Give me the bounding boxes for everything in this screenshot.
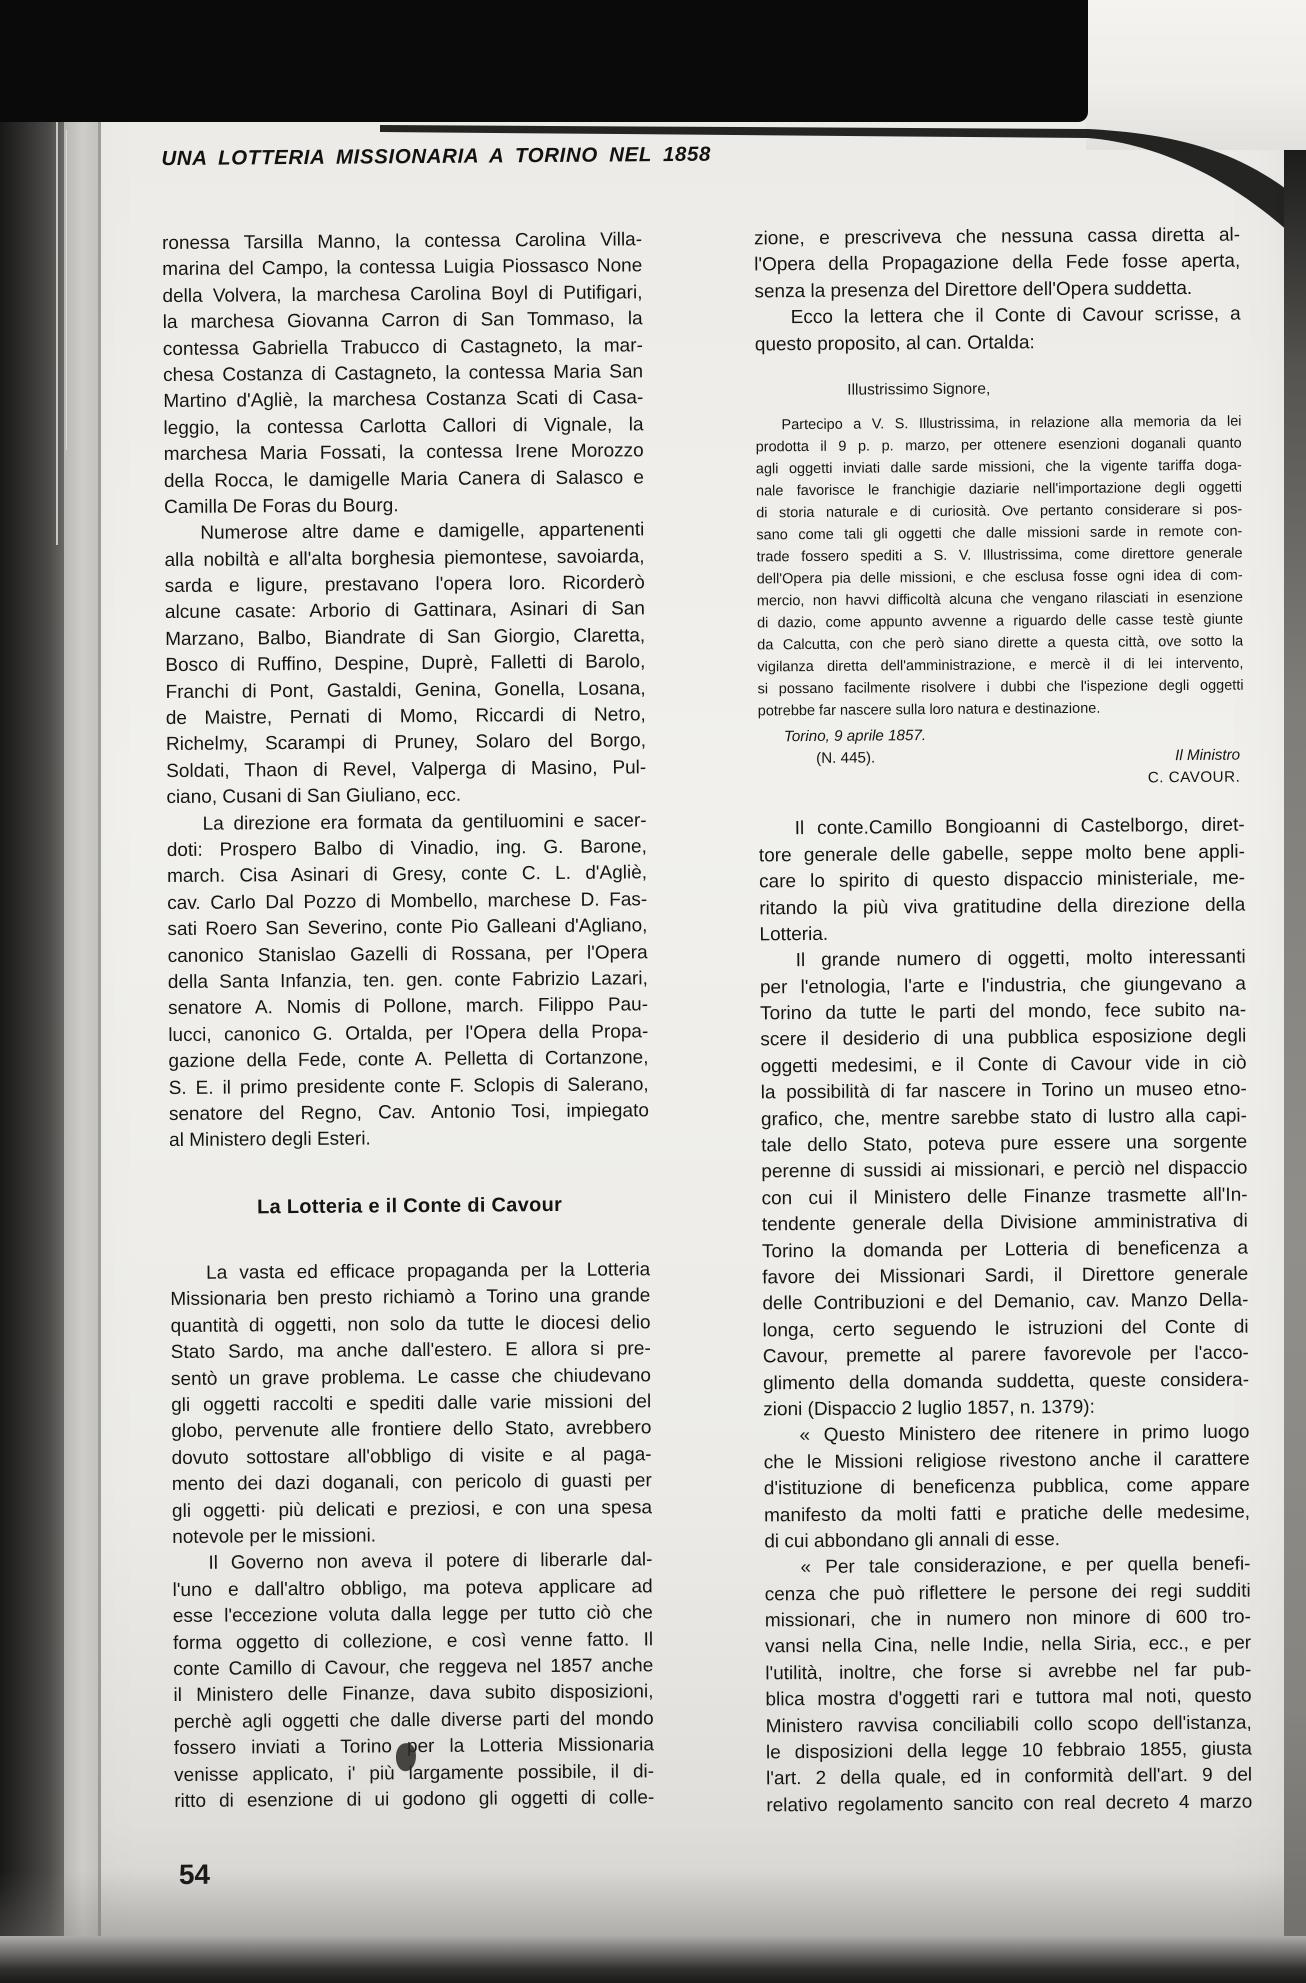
text-line: globo, pervenute alle frontiere dello St…	[171, 1416, 651, 1446]
text-line: si possano facilmente risolvere i dubbi …	[757, 675, 1243, 701]
text-line: d'istituzione di beneficenza pubblica, c…	[764, 1473, 1250, 1503]
text-line: de Maistre, Pernati di Momo, Riccardi di…	[166, 702, 646, 732]
text-line: « Per tale considerazione, e per quella …	[764, 1552, 1250, 1582]
text-line: della Volvera, la marchesa Carolina Boyl…	[162, 280, 642, 310]
text-line: marchesa Maria Fossati, la contessa Iren…	[164, 438, 644, 468]
text-line: per l'etnologia, l'arte e l'industria, c…	[760, 971, 1246, 1001]
text-line: il Ministero delle Finanze, dava subito …	[173, 1680, 653, 1710]
text-line: notevole per le missioni.	[172, 1521, 652, 1551]
text-line: Franchi di Pont, Gastaldi, Genina, Gonel…	[165, 676, 645, 706]
text-line: care lo spirito di questo dispaccio mini…	[759, 866, 1245, 896]
text-line: alcune casate: Arborio di Gattinara, Asi…	[165, 597, 645, 627]
text-line: Missionaria ben presto richiamò a Torino…	[170, 1284, 650, 1314]
text-line: al Ministero degli Esteri.	[169, 1125, 649, 1155]
paragraph: « Questo Ministero dee ritenere in primo…	[763, 1420, 1250, 1556]
left-column: ronessa Tarsilla Manno, la contessa Caro…	[162, 227, 654, 1815]
text-line: Martino d'Agliè, la marchesa Costanza Sc…	[163, 386, 643, 416]
text-line: glimento della domanda suddetta, queste …	[763, 1367, 1249, 1397]
text-line: Il Ministro	[1148, 745, 1241, 768]
text-line: manifesto da molti fatti e pratiche dell…	[764, 1499, 1250, 1529]
text-line: Il conte.Camillo Bongioanni di Castelbor…	[759, 813, 1245, 843]
text-line: Cavour, premette al parere favorevole pe…	[763, 1341, 1249, 1371]
text-line: oggetti medesimi, e il Conte di Cavour v…	[760, 1050, 1246, 1080]
text-line: Numerose altre dame e damigelle, apparte…	[164, 518, 644, 548]
text-line: relativo regolamento sancito con real de…	[766, 1789, 1252, 1819]
text-line: doti: Prospero Balbo di Vinadio, ing. G.…	[167, 834, 647, 864]
page-number: 54	[179, 1859, 210, 1891]
text-line: la possibilità di far nascere in Torino …	[761, 1077, 1247, 1107]
text-line: senatore A. Nomis di Pollone, march. Fil…	[168, 993, 648, 1023]
text-line: gli oggetti· più delicati e preziosi, e …	[172, 1495, 652, 1525]
paragraph: Il grande numero di oggetti, molto inter…	[760, 945, 1250, 1424]
text-line: Richelmy, Scarampi di Pruney, Solaro del…	[166, 729, 646, 759]
paragraph: « Per tale considerazione, e per quella …	[764, 1552, 1252, 1820]
text-line: lucci, canonico G. Ortalda, per l'Opera …	[168, 1019, 648, 1049]
paragraph: La direzione era formata da gentiluomini…	[167, 808, 650, 1155]
text-line: longa, certo seguendo le istruzioni del …	[763, 1314, 1249, 1344]
page-content: UNA LOTTERIA MISSIONARIA A TORINO NEL 18…	[0, 0, 1306, 1983]
text-line: gazione della Fede, conte A. Pelletta di…	[168, 1045, 648, 1075]
text-line: Marzano, Balbo, Biandrate di San Giorgio…	[165, 623, 645, 653]
text-line: zioni (Dispaccio 2 luglio 1857, n. 1379)…	[763, 1394, 1249, 1424]
text-line: Soldati, Thaon di Revel, Valperga di Mas…	[166, 755, 646, 785]
text-line: Il grande numero di oggetti, molto inter…	[760, 945, 1246, 975]
text-line: alla nobiltà e all'alta borghesia piemon…	[164, 544, 644, 574]
text-line: contessa Gabriella Trabucco di Castagnet…	[163, 333, 643, 363]
text-line: sentò un grave problema. Le casse che ch…	[171, 1363, 651, 1393]
text-line: S. E. il primo presidente conte F. Sclop…	[169, 1072, 649, 1102]
text-line: marina del Campo, la contessa Luigia Pio…	[162, 254, 642, 284]
text-line: questo proposito, al can. Ortalda:	[755, 328, 1241, 358]
text-line: « Questo Ministero dee ritenere in primo…	[763, 1420, 1249, 1450]
paragraph: ronessa Tarsilla Manno, la contessa Caro…	[162, 227, 644, 521]
text-line: C. CAVOUR.	[1148, 767, 1241, 790]
right-column: zione, e prescriveva che nessuna cassa d…	[754, 223, 1252, 1820]
text-line: l'uno e dall'altro obbligo, ma poteva ap…	[173, 1574, 653, 1604]
text-line: sati Roero San Severino, conte Pio Galle…	[167, 913, 647, 943]
text-line: ciano, Cusani di San Giuliano, ecc.	[166, 781, 646, 811]
text-line: vansi nella Cina, nelle Indie, nella Sir…	[765, 1631, 1251, 1661]
text-line: le disposizioni della legge 10 febbraio …	[766, 1737, 1252, 1767]
text-line: esse l'eccezione voluta dalla legge per …	[173, 1600, 653, 1630]
text-line: quantità di oggetti, non solo da tutte l…	[170, 1310, 650, 1340]
text-line: blica mostra d'oggetti rari e tuttora ma…	[765, 1684, 1251, 1714]
text-line: senatore del Regno, Cav. Antonio Tosi, i…	[169, 1098, 649, 1128]
paragraph: Ecco la lettera che il Conte di Cavour s…	[755, 302, 1241, 359]
section-heading: La Lotteria e il Conte di Cavour	[170, 1191, 650, 1221]
paragraph: Il Governo non aveva il potere di libera…	[172, 1548, 654, 1816]
running-header: UNA LOTTERIA MISSIONARIA A TORINO NEL 18…	[161, 140, 1061, 171]
text-line: la marchesa Giovanna Carron di San Tomma…	[163, 306, 643, 336]
paragraph: Il conte.Camillo Bongioanni di Castelbor…	[759, 813, 1246, 949]
text-line: delle Contribuzioni e del Demanio, cav. …	[762, 1288, 1248, 1318]
text-line: tendente generale della Divisione ammini…	[762, 1209, 1248, 1239]
text-line: missionari, che in numero non minore di …	[765, 1605, 1251, 1635]
letter-signature: Il MinistroC. CAVOUR.	[1148, 745, 1245, 790]
text-line: sarda e ligure, prestavano l'opera loro.…	[165, 570, 645, 600]
paragraph: Numerose altre dame e damigelle, apparte…	[164, 518, 646, 812]
text-line: Camilla De Foras du Bourg.	[164, 491, 644, 521]
paragraph: zione, e prescriveva che nessuna cassa d…	[754, 223, 1241, 306]
text-line: della Rocca, le damigelle Maria Canera d…	[164, 465, 644, 495]
text-line: canonico Stanislao Gazelli di Rossana, p…	[168, 940, 648, 970]
text-line: ritando la più viva gratitudine della di…	[759, 892, 1245, 922]
text-line: Torino da tutte le parti del mondo, fece…	[760, 998, 1246, 1028]
text-line: tale dello Stato, poteva pure essere una…	[761, 1130, 1247, 1160]
text-line: chesa Costanza di Castagneto, la contess…	[163, 359, 643, 389]
paragraph: Partecipo a V. S. Illustrissima, in rela…	[755, 411, 1243, 723]
text-line: Ministero ravvisa conciliabili collo sco…	[766, 1710, 1252, 1740]
text-line: tore generale delle gabelle, seppe molto…	[759, 839, 1245, 869]
text-line: zione, e prescriveva che nessuna cassa d…	[754, 223, 1240, 253]
text-line: forma oggetto di collezione, e così venn…	[173, 1627, 653, 1657]
text-line: Torino la domanda per Lotteria di benefi…	[762, 1235, 1248, 1265]
text-line: gli oggetti raccolti e spediti dalle var…	[171, 1389, 651, 1419]
text-line: cenza che può riflettere le persone dei …	[765, 1578, 1251, 1608]
letter-signature-row: Torino, 9 aprile 1857.(N. 445).Il Minist…	[758, 723, 1245, 793]
text-line: conte Camillo di Cavour, che reggeva nel…	[173, 1653, 653, 1683]
text-line: senza la presenza del Direttore dell'Ope…	[754, 275, 1240, 305]
text-line: di cui abbondano gli annali di esse.	[764, 1525, 1250, 1555]
text-line: potrebbe far nascere sulla loro natura e…	[758, 697, 1244, 723]
text-line: Ecco la lettera che il Conte di Cavour s…	[755, 302, 1241, 332]
text-line: Stato Sardo, ma anche dall'estero. E all…	[171, 1337, 651, 1367]
text-line: grafico, che, mentre sarebbe stato di lu…	[761, 1103, 1247, 1133]
letter-salutation: Illustrissimo Signore,	[755, 375, 1241, 405]
text-line: l'Opera della Propagazione della Fede fo…	[754, 249, 1240, 279]
book-page-scan: UNA LOTTERIA MISSIONARIA A TORINO NEL 18…	[0, 0, 1306, 1983]
text-line: con cui il Ministero delle Finanze trasm…	[761, 1182, 1247, 1212]
letter-dateline: Torino, 9 aprile 1857.(N. 445).	[758, 725, 927, 792]
text-line: dovuto sottostare all'obbligo di visite …	[171, 1442, 651, 1472]
text-line: scere il desiderio di una pubblica espos…	[760, 1024, 1246, 1054]
paragraph: La vasta ed efficace propaganda per la L…	[170, 1257, 652, 1551]
text-line: della Santa Infanzia, ten. gen. conte Fa…	[168, 966, 648, 996]
text-line: (N. 445).	[758, 747, 926, 770]
text-line: La direzione era formata da gentiluomini…	[167, 808, 647, 838]
text-line: La vasta ed efficace propaganda per la L…	[170, 1257, 650, 1287]
text-line: Bosco di Ruffino, Despine, Duprè, Fallet…	[165, 650, 645, 680]
text-line: l'art. 2 della quale, ed in conformità d…	[766, 1763, 1252, 1793]
text-line: cav. Carlo Dal Pozzo di Mombello, marche…	[167, 887, 647, 917]
text-line: l'utilità, inoltre, che forse si avrebbe…	[765, 1657, 1251, 1687]
text-line: Lotteria.	[759, 918, 1245, 948]
text-line: march. Cisa Asinari di Gresy, conte C. L…	[167, 861, 647, 891]
text-line: Torino, 9 aprile 1857.	[758, 725, 926, 748]
text-line: che le Missioni religiose rivestono anch…	[764, 1446, 1250, 1476]
text-line: leggio, la contessa Carlotta Callori di …	[163, 412, 643, 442]
text-line: Il Governo non aveva il potere di libera…	[172, 1548, 652, 1578]
text-line: perchè agli oggetti che dalle diverse pa…	[174, 1706, 654, 1736]
text-line: ritto di esenzione di ui godono gli ogge…	[174, 1785, 654, 1815]
text-line: mento dei dazi doganali, con pericolo di…	[172, 1468, 652, 1498]
text-line: ronessa Tarsilla Manno, la contessa Caro…	[162, 227, 642, 257]
text-line: perenne di sussidi ai missionari, e perc…	[761, 1156, 1247, 1186]
text-line: favore dei Missionari Sardi, il Direttor…	[762, 1262, 1248, 1292]
